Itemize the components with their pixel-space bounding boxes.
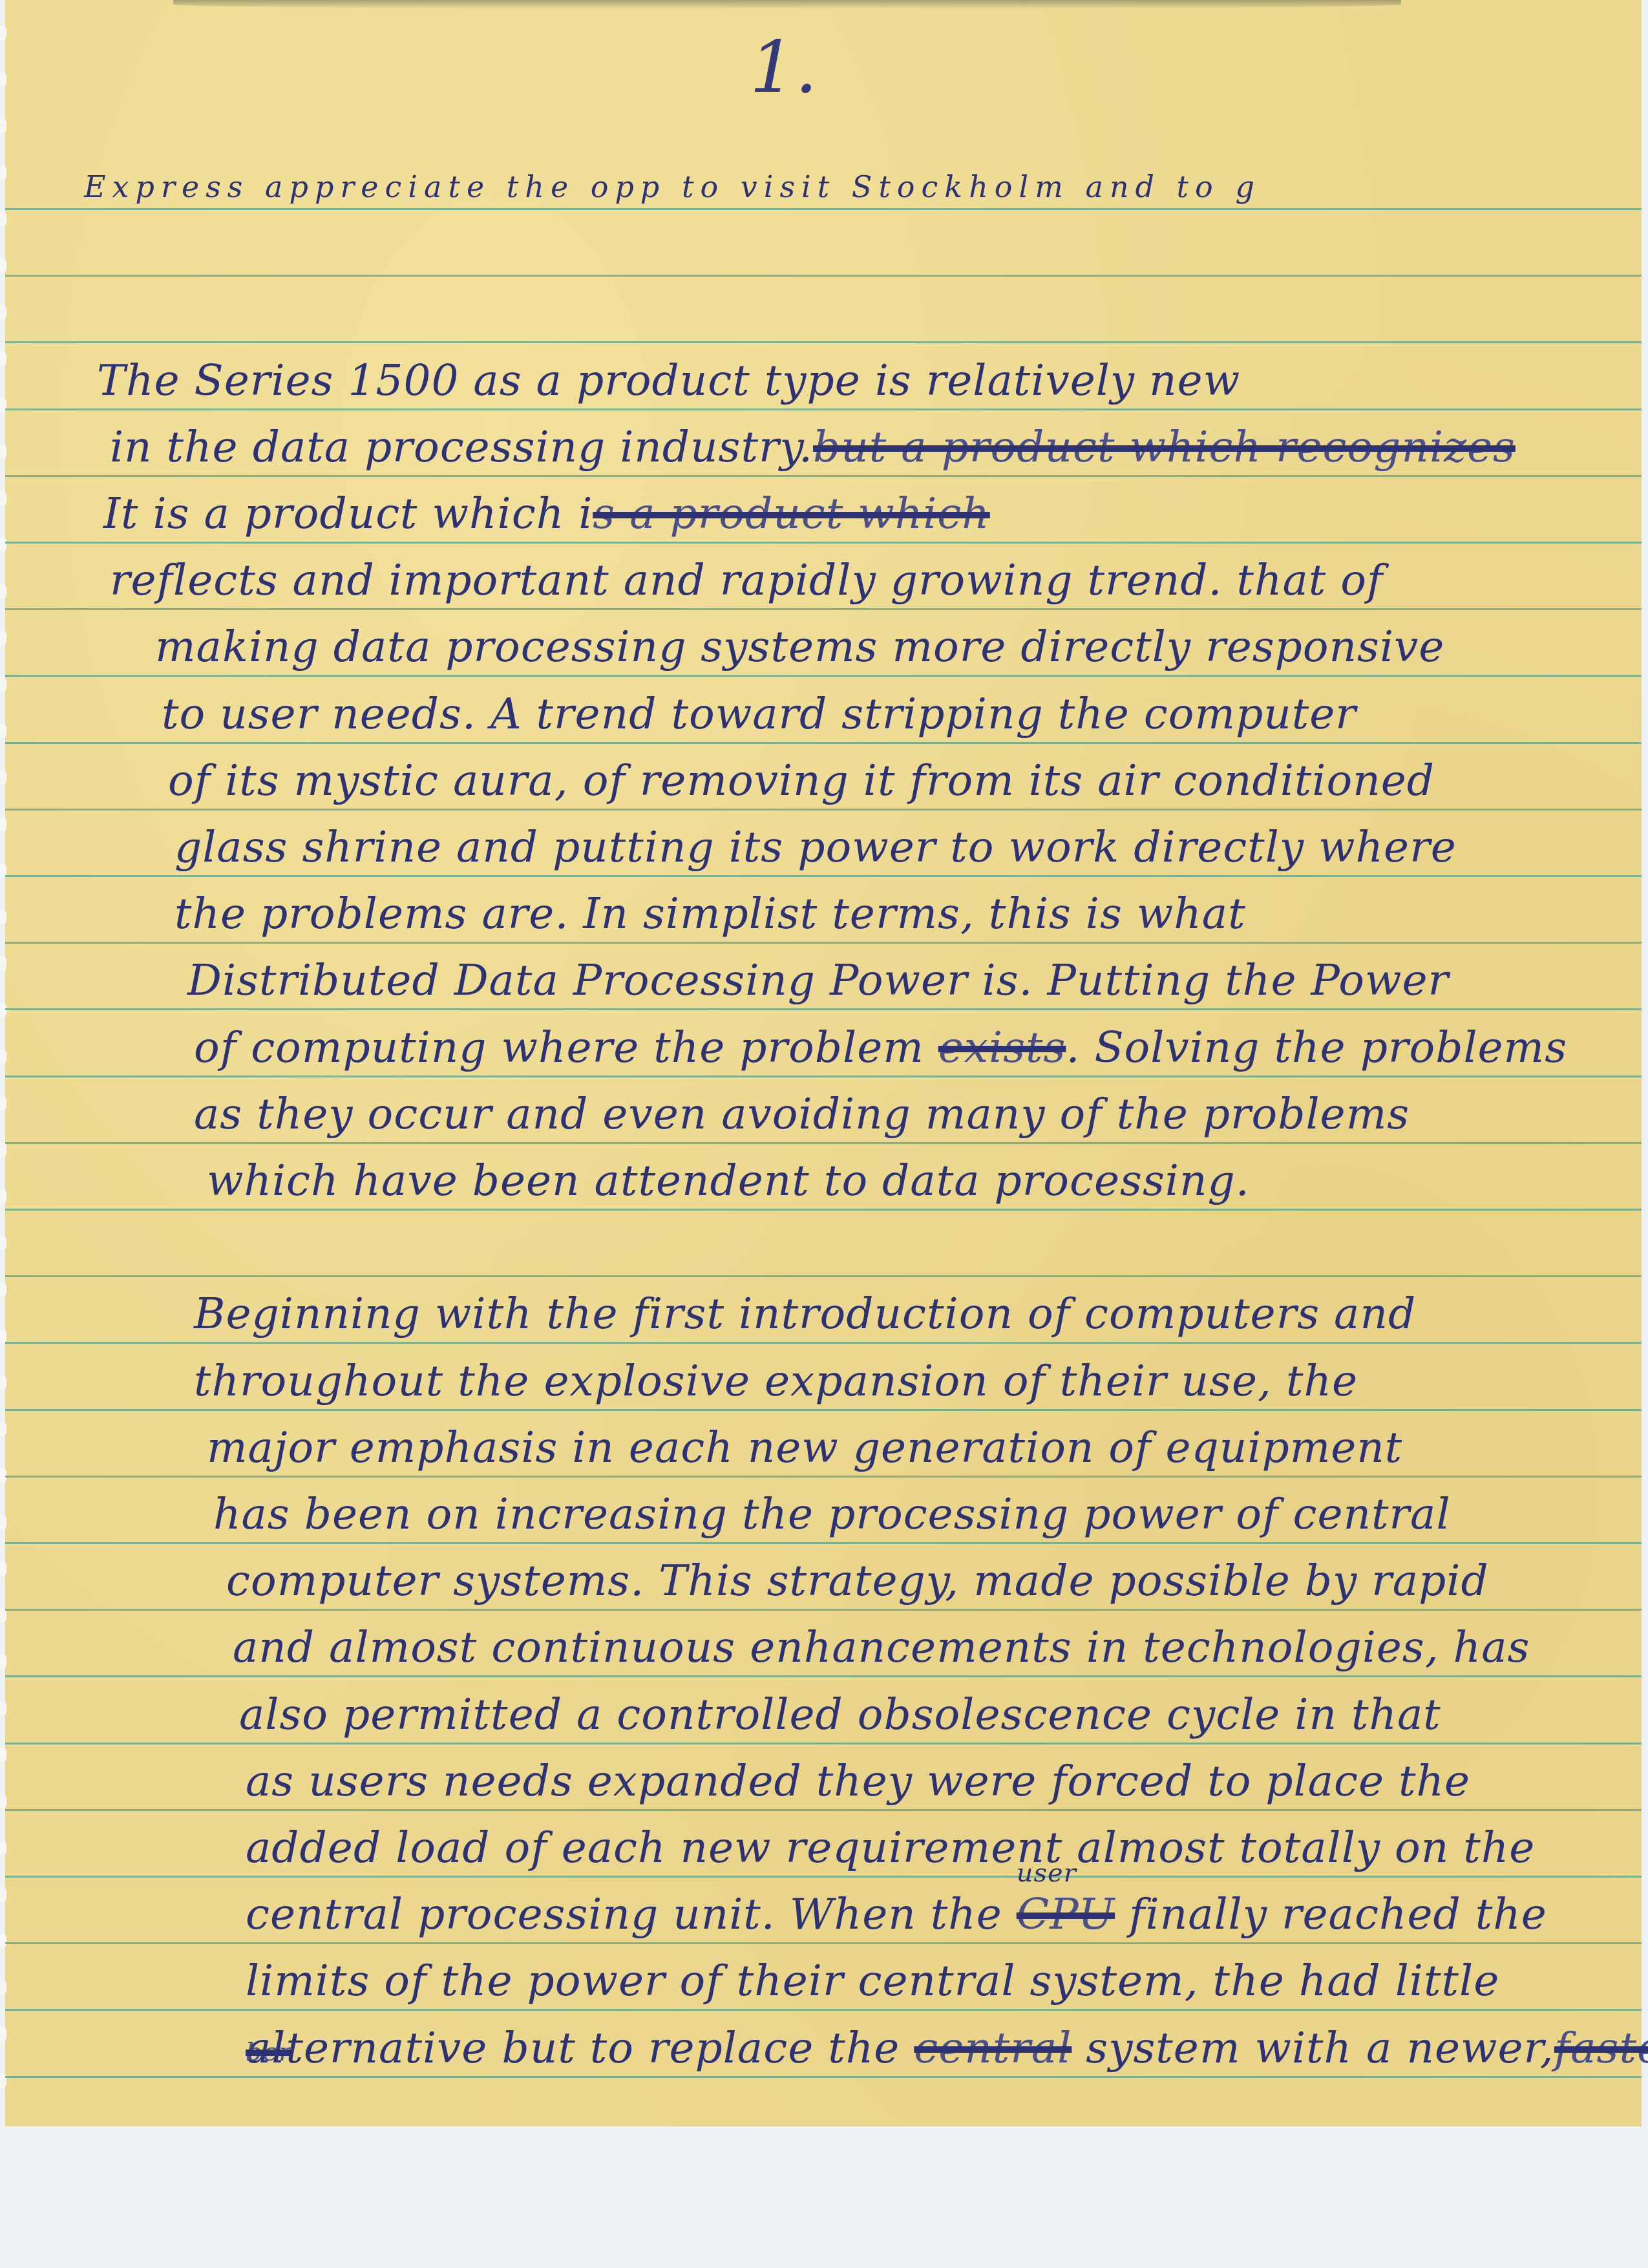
perforation-notch: [0, 1096, 6, 1110]
handwritten-line: central processing unit. When the CPUuse…: [246, 1889, 1547, 1939]
ruled-line: [5, 1876, 1642, 1878]
perforation-notch: [0, 491, 6, 505]
ruled-line: [5, 475, 1642, 477]
perforation-notch: [0, 1887, 6, 1902]
handwritten-line: ber: [246, 2037, 291, 2067]
struck-out-text: exists: [938, 1023, 1066, 1072]
ruled-line: [5, 208, 1642, 210]
ruled-line: [5, 809, 1642, 811]
line-text: alternative but to replace the: [246, 2023, 914, 2073]
struck-out-text: central: [914, 2023, 1072, 2073]
perforation-notch: [0, 165, 6, 180]
ruled-line: [5, 1209, 1642, 1211]
perforation-notch: [0, 1980, 6, 1995]
struck-out-text: faster: [1554, 2023, 1648, 2073]
perforation-notch: [0, 724, 6, 738]
struck-out-text: CPUuser: [1017, 1889, 1115, 1939]
line-text: added load of each new requirement almos…: [246, 1823, 1535, 1872]
line-text: reflects and important and rapidly growi…: [110, 555, 1383, 605]
perforation-notch: [0, 445, 6, 459]
ruled-line: [5, 675, 1642, 677]
line-text: as users needs expanded they were forced…: [246, 1756, 1470, 1806]
ruled-line: [5, 608, 1642, 610]
perforation-notch: [0, 957, 6, 971]
ruled-line: [5, 1409, 1642, 1411]
handwritten-line: of its mystic aura, of removing it from …: [168, 756, 1435, 805]
handwritten-line: the problems are. In simplist terms, thi…: [174, 889, 1246, 938]
ruled-line: [5, 942, 1642, 944]
ruled-line: [5, 408, 1642, 410]
line-text: to user needs. A trend toward stripping …: [162, 689, 1357, 739]
handwritten-line: alternative but to replace the central s…: [246, 2023, 1648, 2073]
ruled-line: [5, 1076, 1642, 1077]
handwritten-line: also permitted a controlled obsolescence…: [239, 1690, 1441, 1739]
perforation-notch: [0, 1050, 6, 1064]
ruled-line: [5, 1476, 1642, 1478]
perforation-notch: [0, 1701, 6, 1715]
perforation-notch: [0, 2027, 6, 2041]
perforation-notch: [0, 1236, 6, 1250]
perforation-notch: [0, 631, 6, 645]
line-text: of computing where the problem: [194, 1023, 938, 1072]
perforation-notch: [0, 817, 6, 831]
handwritten-line: reflects and important and rapidly growi…: [110, 555, 1383, 605]
perforation-notch: [0, 72, 6, 87]
perforation-notch: [0, 119, 6, 133]
handwritten-line: to user needs. A trend toward stripping …: [162, 689, 1357, 739]
struck-out-text: s a product which: [593, 489, 990, 538]
handwritten-line: It is a product which is a product which: [103, 489, 990, 538]
ruled-line: [5, 1609, 1642, 1611]
handwritten-line: glass shrine and putting its power to wo…: [174, 822, 1457, 872]
perforation-notch: [0, 398, 6, 412]
line-text-continued: finally reached the: [1115, 1889, 1547, 1939]
perforation-notch: [0, 538, 6, 552]
handwritten-line: has been on increasing the processing po…: [213, 1489, 1451, 1539]
line-text: major emphasis in each new generation of…: [207, 1423, 1402, 1472]
perforation-notch: [0, 26, 6, 40]
line-text: in the data processing industry.: [110, 422, 813, 472]
ruled-line: [5, 542, 1642, 544]
line-text: making data processing systems more dire…: [155, 622, 1444, 672]
perforation-notch: [0, 1841, 6, 1855]
line-text: The Series 1500 as a product type is rel…: [97, 355, 1240, 405]
ruled-line: [5, 1275, 1642, 1277]
line-text: as they occur and even avoiding many of …: [194, 1089, 1410, 1139]
line-text: limits of the power of their central sys…: [246, 1956, 1499, 2006]
perforation-notch: [0, 1282, 6, 1297]
handwritten-line: computer systems. This strategy, made po…: [226, 1556, 1489, 1606]
ruled-line: [5, 2076, 1642, 2078]
ruled-line: [5, 1008, 1642, 1010]
perforation-notch: [0, 584, 6, 599]
line-text: throughout the explosive expansion of th…: [194, 1356, 1358, 1406]
handwritten-line: major emphasis in each new generation of…: [207, 1423, 1402, 1472]
line-text: glass shrine and putting its power to wo…: [174, 822, 1457, 872]
handwritten-line: which have been attendent to data proces…: [207, 1156, 1250, 1205]
ruled-line: [5, 875, 1642, 877]
handwritten-line: The Series 1500 as a product type is rel…: [97, 355, 1240, 405]
line-text: has been on increasing the processing po…: [213, 1489, 1451, 1539]
ruled-line: [5, 1342, 1642, 1344]
handwritten-line: Beginning with the first introduction of…: [194, 1289, 1416, 1339]
struck-out-text: ber: [246, 2037, 291, 2067]
line-text: central processing unit. When the: [246, 1889, 1017, 1939]
perforation-notch: [0, 910, 6, 924]
handwritten-line: limits of the power of their central sys…: [246, 1956, 1499, 2006]
perforation-notch: [0, 259, 6, 273]
ruled-line: [5, 1142, 1642, 1144]
handwritten-line: throughout the explosive expansion of th…: [194, 1356, 1358, 1406]
line-text: It is a product which i: [103, 489, 593, 538]
heading-note: Express appreciate the opp to visit Stoc…: [84, 169, 1261, 204]
line-text-continued: . Solving the problems: [1066, 1023, 1567, 1072]
perforation-notch: [0, 1562, 6, 1576]
line-text-continued: system with a newer,: [1072, 2023, 1554, 2073]
perforation-notch: [0, 1794, 6, 1808]
perforation-notch: [0, 352, 6, 366]
handwritten-line: of computing where the problem exists. S…: [194, 1023, 1567, 1072]
ruled-line: [5, 341, 1642, 343]
line-text: of its mystic aura, of removing it from …: [168, 756, 1435, 805]
ruled-line: [5, 1675, 1642, 1677]
perforation-notch: [0, 1143, 6, 1157]
page-number: 1.: [750, 26, 818, 109]
line-text: which have been attendent to data proces…: [207, 1156, 1250, 1205]
perforation-notch: [0, 212, 6, 226]
perforation-notch: [0, 1375, 6, 1390]
torn-top-edge: [173, 0, 1401, 9]
ruled-line: [5, 1542, 1642, 1544]
line-text: and almost continuous enhancements in te…: [233, 1622, 1530, 1672]
struck-out-text: but a product which recognizes: [813, 422, 1516, 472]
ruled-line: [5, 1809, 1642, 1811]
perforation-notch: [0, 1189, 6, 1203]
ruled-line: [5, 1743, 1642, 1744]
line-text: computer systems. This strategy, made po…: [226, 1556, 1489, 1606]
ruled-line: [5, 742, 1642, 744]
perforation-notch: [0, 1934, 6, 1948]
line-text: the problems are. In simplist terms, thi…: [174, 889, 1246, 938]
perforation-notch: [0, 677, 6, 692]
handwritten-line: added load of each new requirement almos…: [246, 1823, 1535, 1872]
handwritten-line: in the data processing industry.but a pr…: [110, 422, 1516, 472]
handwritten-line: making data processing systems more dire…: [155, 622, 1444, 672]
handwritten-line: and almost continuous enhancements in te…: [233, 1622, 1530, 1672]
line-text: also permitted a controlled obsolescence…: [239, 1690, 1441, 1739]
perforation-notch: [0, 1515, 6, 1529]
line-text: Beginning with the first introduction of…: [194, 1289, 1416, 1339]
perforation-notch: [0, 1748, 6, 1762]
line-text: Distributed Data Processing Power is. Pu…: [187, 955, 1449, 1005]
perforation-notch: [0, 305, 6, 319]
ruled-line: [5, 275, 1642, 277]
handwritten-line: as they occur and even avoiding many of …: [194, 1089, 1410, 1139]
perforation-notch: [0, 1329, 6, 1343]
perforation-notch: [0, 1655, 6, 1669]
inserted-word: user: [1017, 1858, 1077, 1888]
ruled-line: [5, 2009, 1642, 2011]
ruled-line: [5, 1942, 1642, 1944]
handwritten-line: as users needs expanded they were forced…: [246, 1756, 1470, 1806]
perforation-notch: [0, 770, 6, 785]
perforation-notch: [0, 1422, 6, 1436]
handwritten-line: Distributed Data Processing Power is. Pu…: [187, 955, 1449, 1005]
